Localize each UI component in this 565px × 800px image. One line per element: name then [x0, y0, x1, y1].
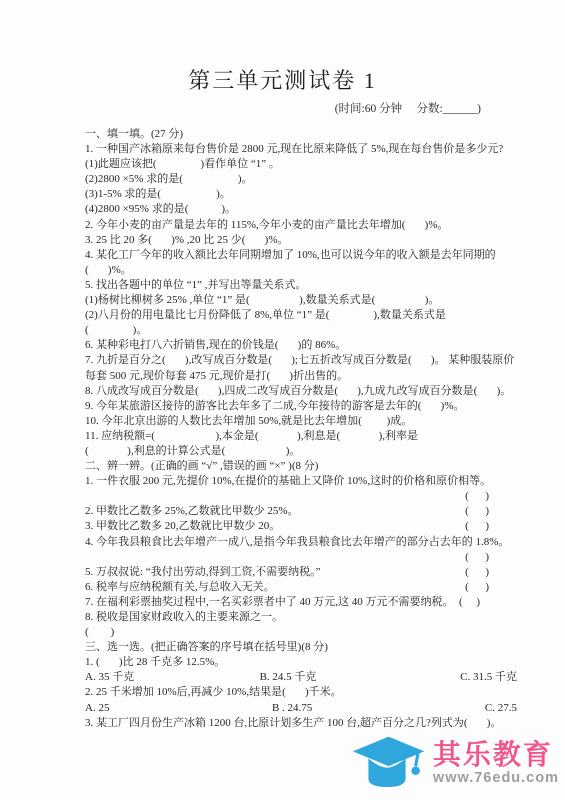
text-line: 4. 某化工厂今年的收入额比去年同期增加了 10%,也可以说今年的收入额是去年同…	[85, 248, 517, 263]
text-line: 3. 某工厂四月份生产冰箱 1200 台,比原计划多生产 100 台,超产百分之…	[85, 716, 517, 731]
answer-blank: ( )	[465, 519, 489, 534]
text-line: 每套 500 元,现价每套 475 元,现价是打( )折出售的。	[85, 369, 517, 384]
text-line: 8. 八成改写成百分数是( ),四成二改写成百分数是( ),九成九改写成百分数是…	[85, 384, 517, 399]
publisher-logo: 其乐教育 www.76edu.com	[347, 732, 559, 794]
line-text: 2. 今年小麦的亩产量是去年的 115%,今年小麦的亩产量比去年增加( )%。	[85, 218, 449, 233]
line-text: 3. 甲数比乙数多 20,乙数就比甲数少 20。	[85, 519, 280, 534]
line-text: 6. 税率与应纳税额有关,与总收入无关。	[85, 580, 275, 595]
line-text: ( )。	[85, 323, 147, 338]
line-text: (1)杨树比柳树多 25% ,单位 “1” 是( ),数量关系式是( )。	[85, 293, 439, 308]
text-line: 9. 今年某旅游区接待的游客比去年多了二成,今年接待的游客是去年的( )%。	[85, 399, 517, 414]
choice-option: A. 25	[85, 701, 206, 716]
text-line: 2. 今年小麦的亩产量是去年的 115%,今年小麦的亩产量比去年增加( )%。	[85, 218, 517, 233]
page-title: 第三单元测试卷 1	[0, 64, 565, 95]
text-line: 5. 万叔叔说: “我付出劳动,得到工资,不需要纳税。”( )	[85, 565, 517, 580]
text-line: (1)此题应该把( )看作单位 “1” 。	[85, 157, 517, 172]
text-line: ( )	[85, 550, 517, 565]
publisher-name: 其乐教育	[433, 740, 553, 770]
text-line: 一、填一填。(27 分)	[85, 127, 517, 142]
text-line: 三、选一选。(把正确答案的序号填在括号里)(8 分)	[85, 640, 517, 655]
text-line: 2. 25 千米增加 10%后,再减少 10%,结果是( )千米。	[85, 685, 517, 700]
text-line: 1. 一种国产冰箱原来每台售价是 2800 元,现在比原来降低了 5%,现在每台…	[85, 142, 517, 157]
line-text: (2)2800 ×5% 求的是( )。	[85, 172, 253, 187]
answer-blank: ( )	[465, 504, 489, 519]
text-line: 6. 某种彩电打八六折销售,现在的价钱是( )的 86%。	[85, 338, 517, 353]
line-text: 二、辨一辨。(正确的画 “√” ,错误的画 “×” )(8 分)	[85, 459, 318, 474]
line-text: 7. 在福利彩票抽奖过程中,一名买彩票者中了 40 万元,这 40 万元不需要纳…	[85, 595, 480, 610]
text-line: (4)2800 ×95% 求的是( )。	[85, 202, 517, 217]
text-line: ( ),利息的计算公式是( )。	[85, 444, 517, 459]
line-text: 1. 一种国产冰箱原来每台售价是 2800 元,现在比原来降低了 5%,现在每台…	[85, 142, 503, 157]
text-line: ( )。	[85, 323, 517, 338]
publisher-logo-text: 其乐教育 www.76edu.com	[433, 740, 559, 787]
text-line: A. 35 千克B. 24.5 千克C. 31.5 千克	[85, 670, 517, 685]
line-text: 3. 25 比 20 多( )% ,20 比 25 少( )%。	[85, 233, 288, 248]
answer-blank: ( )	[465, 550, 489, 565]
text-line: 11. 应纳税额=( ),本金是( ),利息是( ),利率是	[85, 429, 517, 444]
text-line: 6. 税率与应纳税额有关,与总收入无关。( )	[85, 580, 517, 595]
text-line: (1)杨树比柳树多 25% ,单位 “1” 是( ),数量关系式是( )。	[85, 293, 517, 308]
test-paper: 第三单元测试卷 1 (时间:60 分钟 分数:______) 一、填一填。(27…	[0, 0, 565, 800]
line-text: ( ),利息的计算公式是( )。	[85, 444, 300, 459]
text-line: (2)2800 ×5% 求的是( )。	[85, 172, 517, 187]
text-line: 8. 税收是国家财政收入的主要来源之一。	[85, 610, 517, 625]
line-text: 10. 今年北京出游的人数比去年增加 50%,就是比去年增加( )成。	[85, 414, 412, 429]
text-line: ( )%。	[85, 263, 517, 278]
line-text: 8. 八成改写成百分数是( ),四成二改写成百分数是( ),九成九改写成百分数是…	[85, 384, 511, 399]
text-line: 10. 今年北京出游的人数比去年增加 50%,就是比去年增加( )成。	[85, 414, 517, 429]
time-score-line: (时间:60 分钟 分数:______)	[0, 100, 565, 116]
text-line: 5. 找出各题中的单位 “1” ,并写出等量关系式。	[85, 278, 517, 293]
graduation-cap-icon	[347, 732, 427, 794]
line-text: 8. 税收是国家财政收入的主要来源之一。	[85, 610, 283, 625]
text-line: 7. 在福利彩票抽奖过程中,一名买彩票者中了 40 万元,这 40 万元不需要纳…	[85, 595, 517, 610]
line-text: 4. 某化工厂今年的收入额比去年同期增加了 10%,也可以说今年的收入额是去年同…	[85, 248, 496, 263]
choice-option: C. 31.5 千克	[460, 670, 517, 685]
text-line: 7. 九折是百分之( ),改写成百分数是( );七五折改写成百分数是( )。 某…	[85, 353, 517, 368]
choice-option: C. 27.5	[485, 701, 517, 716]
line-text: 2. 甲数比乙数多 25%,乙数就比甲数少 25%。	[85, 504, 299, 519]
text-line: 2. 甲数比乙数多 25%,乙数就比甲数少 25%。( )	[85, 504, 517, 519]
line-text: 1. ( )比 28 千克多 12.5%。	[85, 655, 225, 670]
answer-blank: ( )	[465, 489, 489, 504]
text-line: (2)八月份的用电量比七月份降低了 8%,单位 “1” 是( ),数量关系式是	[85, 308, 517, 323]
choice-option: B. 24.5 千克	[260, 670, 407, 685]
answer-blank: ( )	[465, 580, 489, 595]
text-line: 3. 25 比 20 多( )% ,20 比 25 少( )%。	[85, 233, 517, 248]
line-text: 11. 应纳税额=( ),本金是( ),利息是( ),利率是	[85, 429, 418, 444]
line-text: 4. 今年我县粮食比去年增产一成八,是指今年我县粮食比去年增产的部分占去年的 1…	[85, 535, 509, 550]
text-line: A. 25B . 24.75C. 27.5	[85, 701, 517, 716]
text-line: 1. 一件衣服 200 元,先提价 10%,在提价的基础上又降价 10%,这时的…	[85, 474, 517, 489]
line-text: (4)2800 ×95% 求的是( )。	[85, 202, 236, 217]
line-text: (3)1-5% 求的是( )。	[85, 187, 231, 202]
text-line: 4. 今年我县粮食比去年增产一成八,是指今年我县粮食比去年增产的部分占去年的 1…	[85, 535, 517, 550]
text-line: ( )	[85, 625, 517, 640]
line-text: 三、选一选。(把正确答案的序号填在括号里)(8 分)	[85, 640, 328, 655]
text-line: (3)1-5% 求的是( )。	[85, 187, 517, 202]
line-text: 2. 25 千米增加 10%后,再减少 10%,结果是( )千米。	[85, 685, 342, 700]
line-text: 5. 找出各题中的单位 “1” ,并写出等量关系式。	[85, 278, 307, 293]
answer-blank: ( )	[465, 565, 489, 580]
line-text: 一、填一填。(27 分)	[85, 127, 183, 142]
line-text: 6. 某种彩电打八六折销售,现在的价钱是( )的 86%。	[85, 338, 346, 353]
text-line: ( )	[85, 489, 517, 504]
line-text: 7. 九折是百分之( ),改写成百分数是( );七五折改写成百分数是( )。 某…	[85, 353, 514, 368]
choice-option: A. 35 千克	[85, 670, 206, 685]
line-text: 每套 500 元,现价每套 475 元,现价是打( )折出售的。	[85, 369, 348, 384]
line-text: ( )	[85, 625, 114, 640]
line-text: 9. 今年某旅游区接待的游客比去年多了二成,今年接待的游客是去年的( )%。	[85, 399, 465, 414]
line-text: 5. 万叔叔说: “我付出劳动,得到工资,不需要纳税。”	[85, 565, 321, 580]
text-line: 二、辨一辨。(正确的画 “√” ,错误的画 “×” )(8 分)	[85, 459, 517, 474]
text-line: 1. ( )比 28 千克多 12.5%。	[85, 655, 517, 670]
line-text: ( )%。	[85, 263, 132, 278]
line-text: (1)此题应该把( )看作单位 “1” 。	[85, 157, 280, 172]
line-text: 1. 一件衣服 200 元,先提价 10%,在提价的基础上又降价 10%,这时的…	[85, 474, 491, 489]
text-line: 3. 甲数比乙数多 20,乙数就比甲数少 20。( )	[85, 519, 517, 534]
question-lines: 一、填一填。(27 分)1. 一种国产冰箱原来每台售价是 2800 元,现在比原…	[85, 127, 517, 731]
choice-option: B . 24.75	[272, 701, 419, 716]
line-text: (2)八月份的用电量比七月份降低了 8%,单位 “1” 是( ),数量关系式是	[85, 308, 446, 323]
publisher-url: www.76edu.com	[433, 770, 559, 787]
line-text: 3. 某工厂四月份生产冰箱 1200 台,比原计划多生产 100 台,超产百分之…	[85, 716, 501, 731]
